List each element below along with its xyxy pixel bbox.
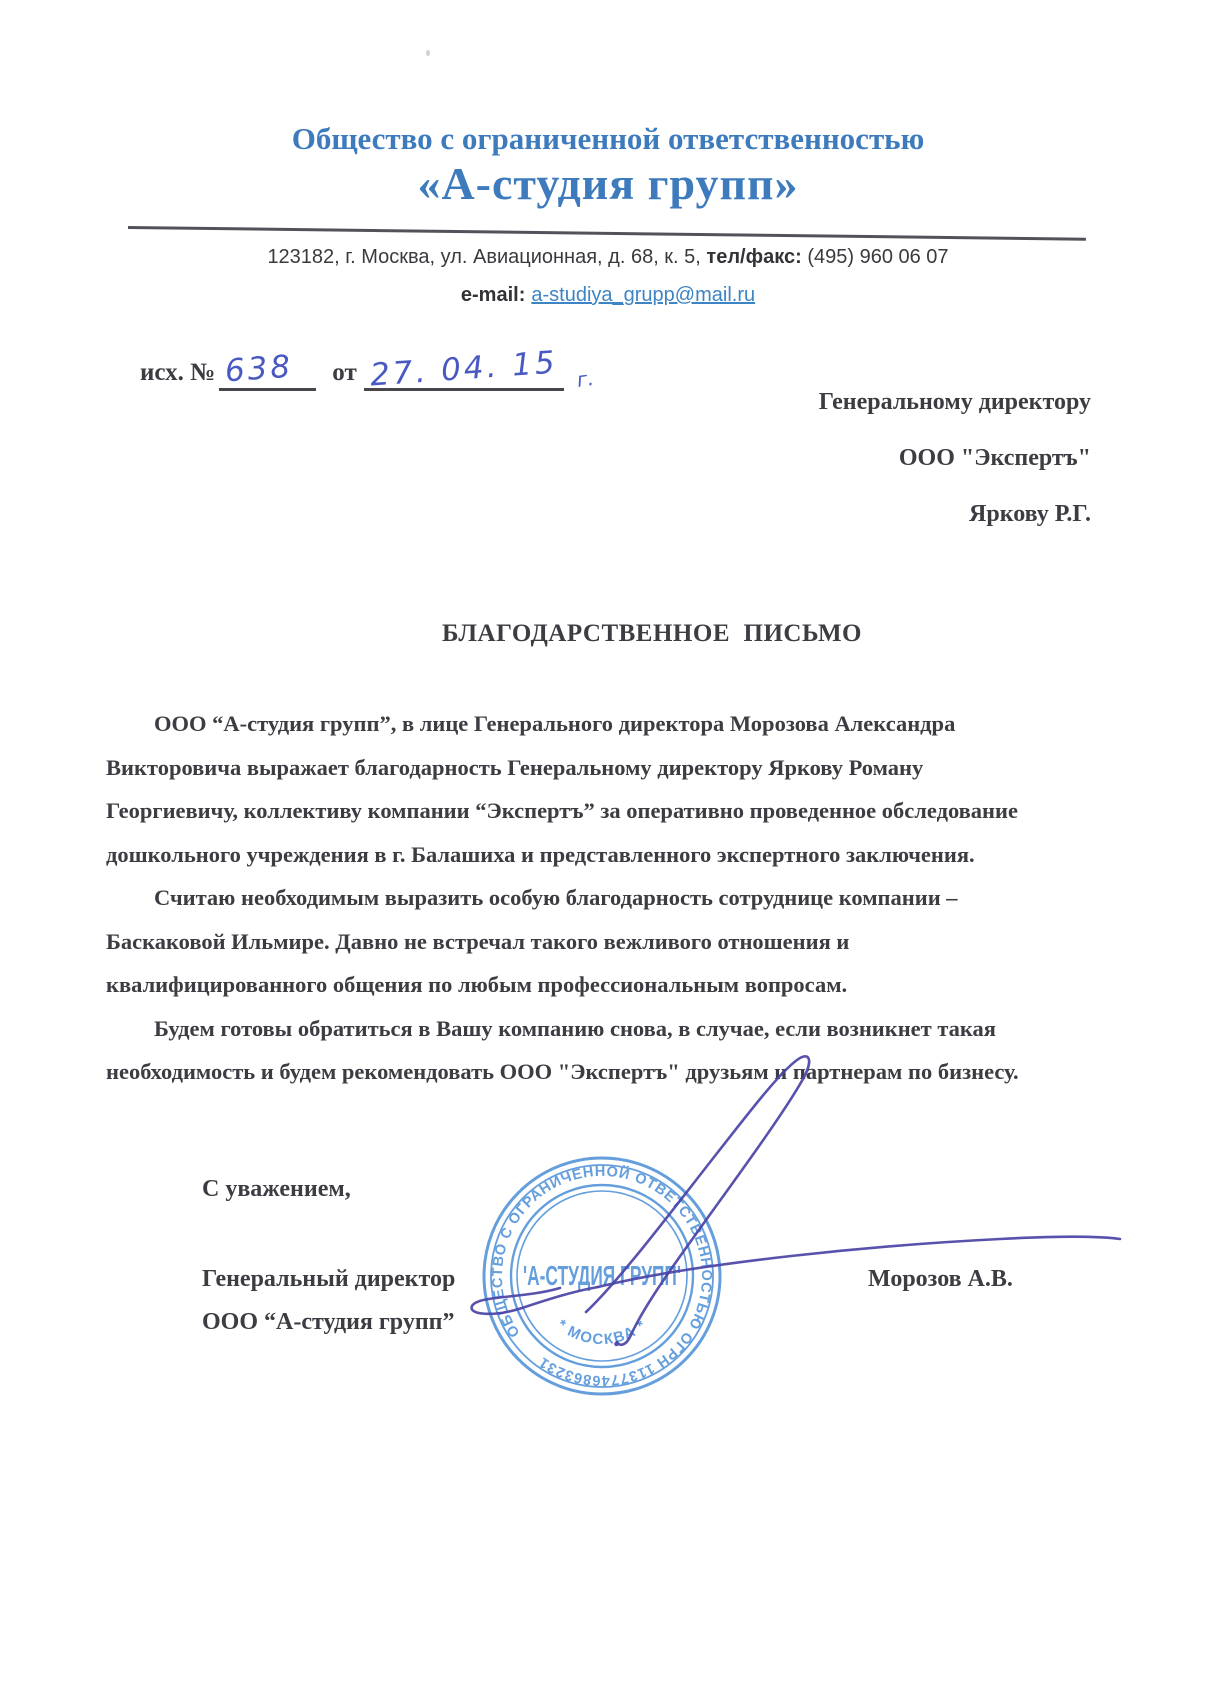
body-line: ООО “А-студия групп”, в лице Генеральног… xyxy=(106,702,1136,746)
signature-loop-stroke xyxy=(472,1287,598,1314)
stamp-and-signature: ОБЩЕСТВО С ОГРАНИЧЕННОЙ ОТВЕТСТВЕННОСТЬЮ… xyxy=(400,1030,1180,1420)
email-link: a-studiya_grupp@mail.ru xyxy=(531,284,755,306)
letterhead-divider xyxy=(128,226,1086,241)
body-line: дошкольного учреждения в г. Балашиха и п… xyxy=(106,833,1136,877)
recipient-position: Генеральному директору xyxy=(819,374,1091,430)
email-line: e-mail:a-studiya_grupp@mail.ru xyxy=(0,284,1216,307)
org-type-line: Общество с ограниченной ответственностью xyxy=(0,121,1216,157)
phone-number: (495) 960 06 07 xyxy=(807,246,948,268)
handwritten-signature xyxy=(472,1056,1120,1346)
postal-address: 123182, г. Москва, ул. Авиационная, д. 6… xyxy=(267,246,700,268)
phone-label: тел/факс: xyxy=(706,246,801,268)
stamp-city-text: * МОСКВА * xyxy=(554,1316,651,1348)
letter-title: БЛАГОДАРСТВЕННОЕ ПИСЬМО xyxy=(442,620,862,648)
body-line: Георгиевичу, коллективу компании “Экспер… xyxy=(106,789,1136,833)
recipient-company: ООО "Экспертъ" xyxy=(819,430,1091,486)
body-line: квалифицированного общения по любым проф… xyxy=(106,963,1136,1007)
date-blank: 27. 04. 15 xyxy=(364,352,564,391)
address-line: 123182, г. Москва, ул. Авиационная, д. 6… xyxy=(0,246,1216,269)
scanned-letter-page: Общество с ограниченной ответственностью… xyxy=(0,0,1216,1700)
org-name-line: «А-студия групп» xyxy=(0,157,1216,210)
handwritten-date: 27. 04. 15 xyxy=(363,344,565,394)
handwritten-year-mark: г. xyxy=(569,365,601,393)
date-label: от xyxy=(332,359,356,386)
outgoing-number-blank: 638 xyxy=(219,352,316,391)
body-line: Считаю необходимым выразить особую благо… xyxy=(106,876,1136,920)
ink-dot xyxy=(614,1342,619,1347)
body-line: Баскаковой Ильмире. Давно не встречал та… xyxy=(106,920,1136,964)
handwritten-outgoing-number: 638 xyxy=(218,348,300,390)
regards-line: С уважением, xyxy=(202,1176,351,1203)
outgoing-number-label: исх. № xyxy=(140,359,215,386)
recipient-person: Яркову Р.Г. xyxy=(819,486,1091,542)
recipient-block: Генеральному директору ООО "Экспертъ" Яр… xyxy=(819,374,1091,542)
outgoing-reference: исх. № 638 от 27. 04. 15 г. xyxy=(140,352,598,391)
body-line: Викторовича выражает благодарность Генер… xyxy=(106,746,1136,790)
email-label: e-mail: xyxy=(461,284,525,306)
scan-artifact-dot xyxy=(426,50,430,56)
